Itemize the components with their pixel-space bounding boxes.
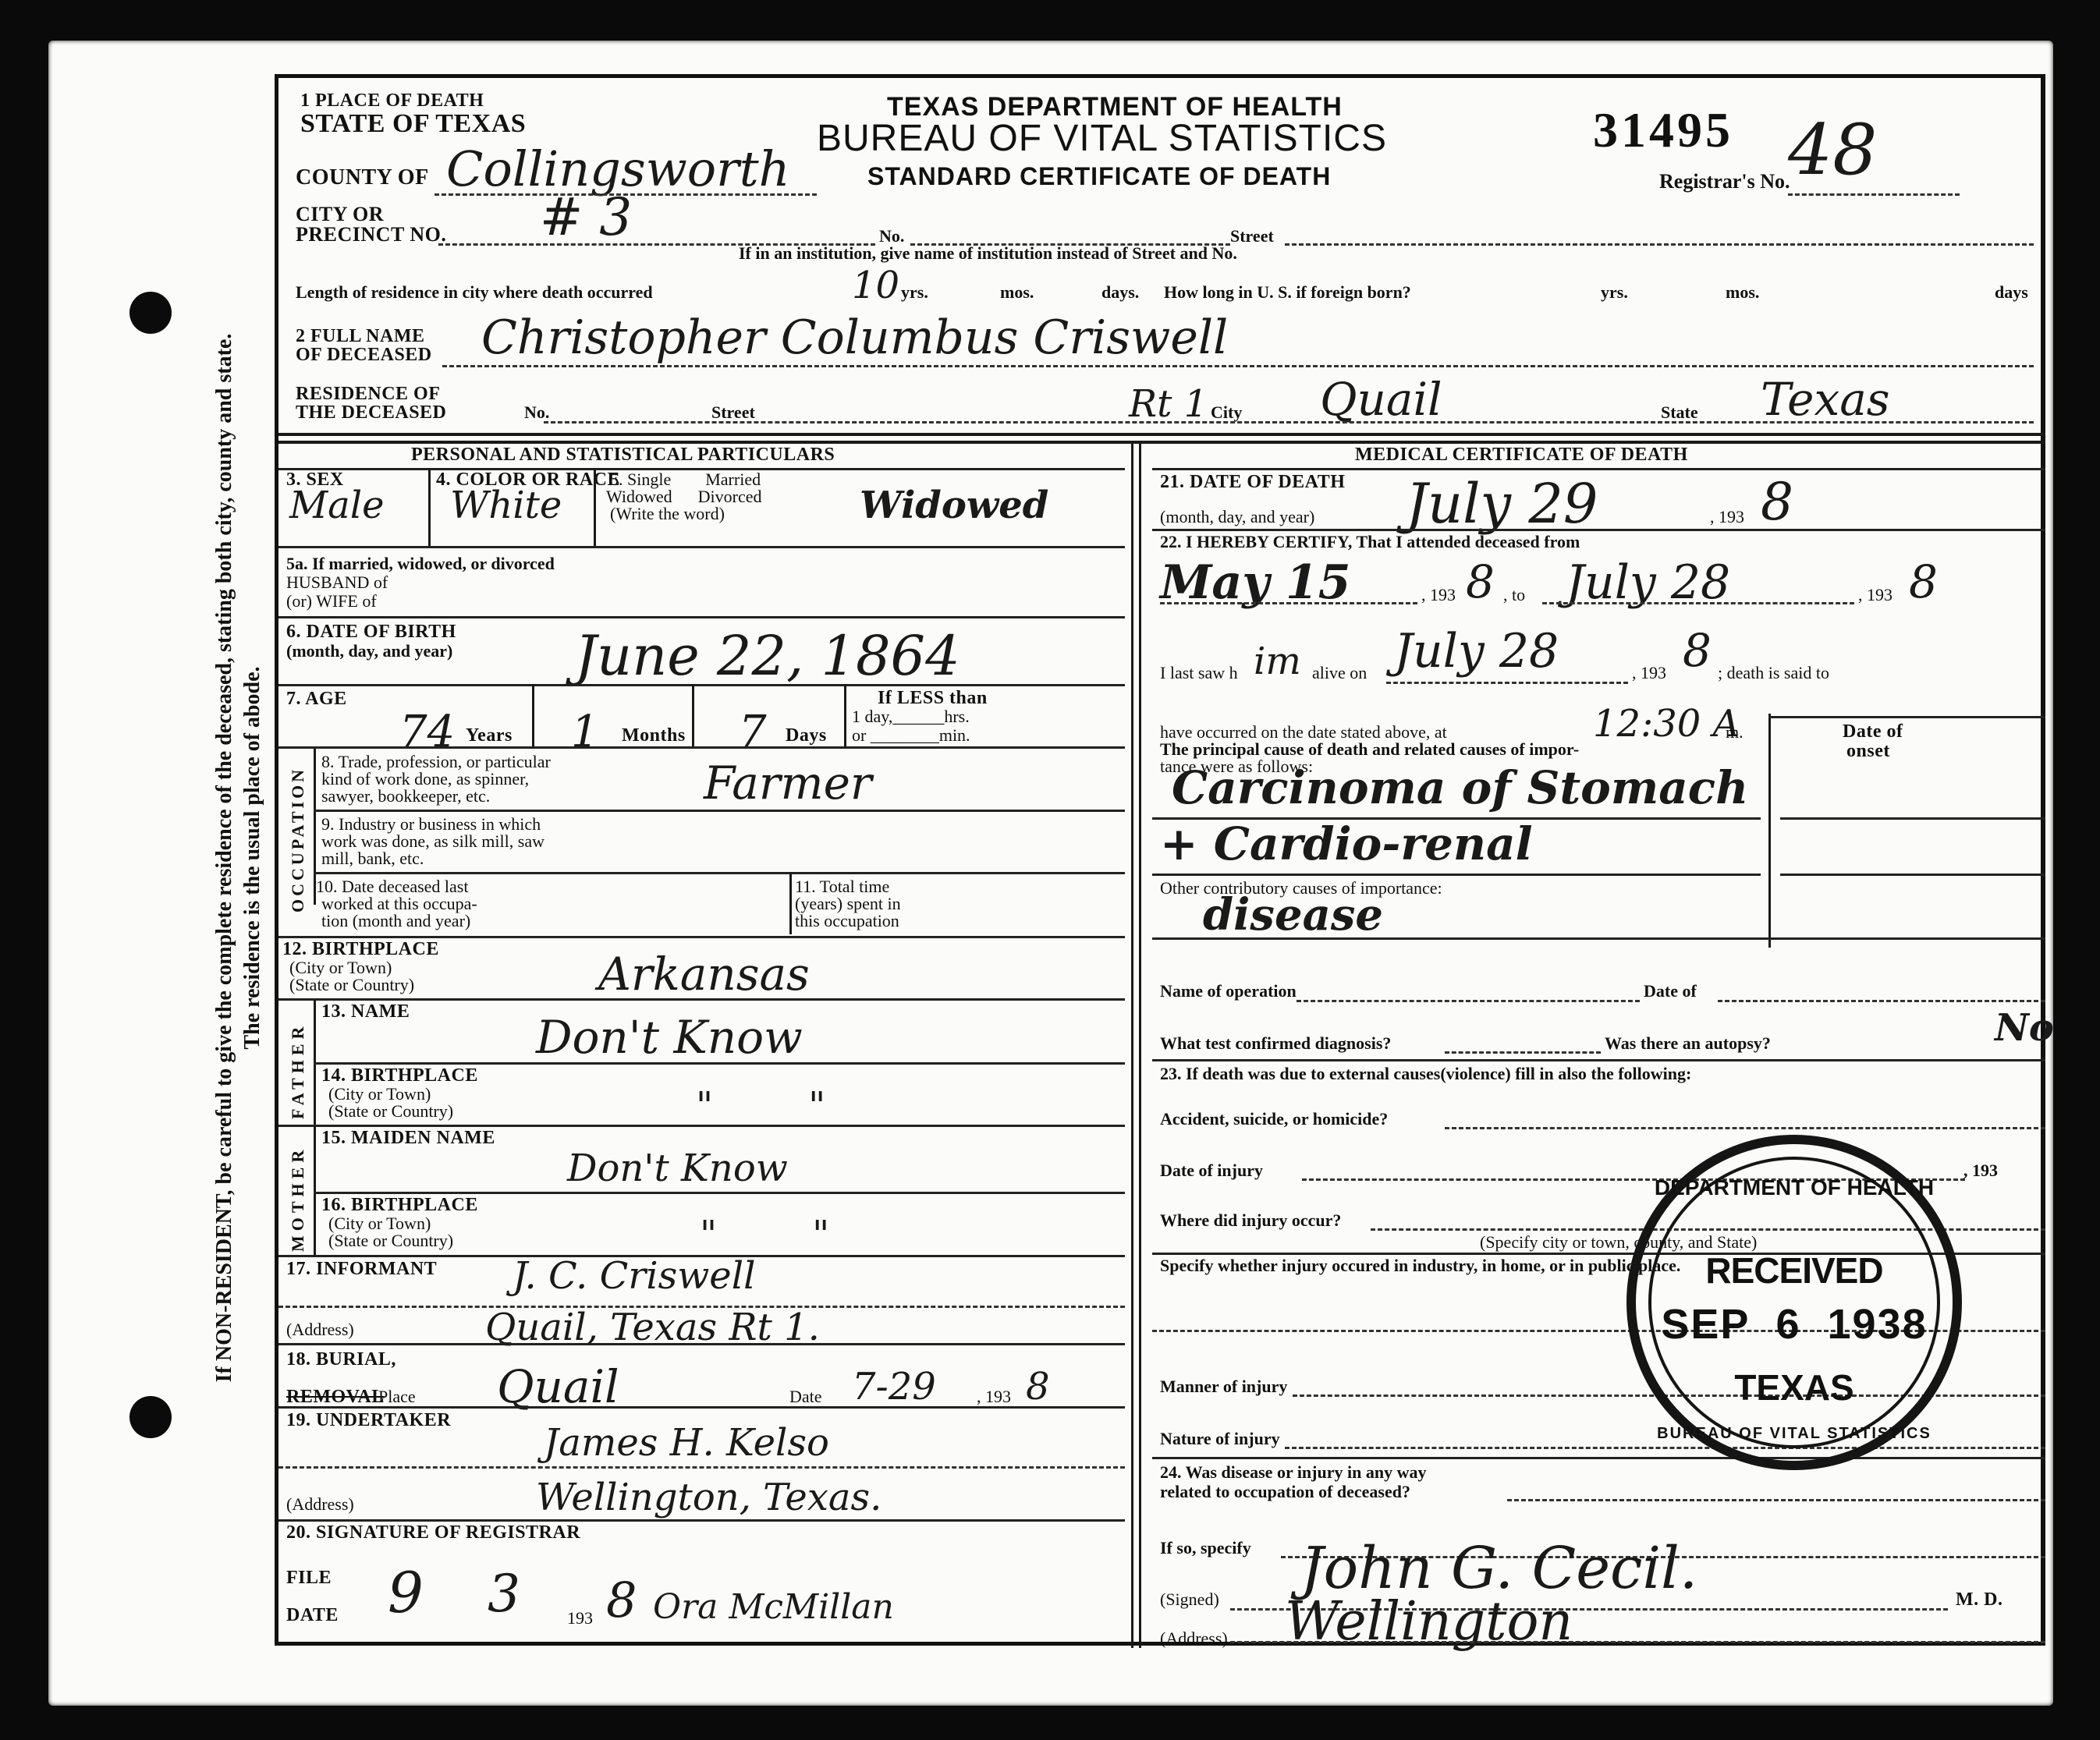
injury-date-label: Date of injury bbox=[1160, 1161, 1263, 1181]
residence-no-label: No. bbox=[524, 402, 549, 423]
full-name-line bbox=[442, 365, 2034, 367]
dod-year-value: 8 bbox=[1761, 472, 1793, 532]
operation-date-label: Date of bbox=[1644, 981, 1697, 1001]
precinct-value: # 3 bbox=[540, 187, 632, 247]
attended-from-year-value: 8 bbox=[1466, 555, 1495, 608]
row-line bbox=[278, 1406, 1125, 1409]
file-month-value: 9 bbox=[388, 1560, 424, 1625]
punch-hole-top bbox=[129, 292, 172, 334]
last-worked-label-3: tion (month and year) bbox=[321, 911, 470, 931]
stamp-received-text: RECEIVED bbox=[1636, 1249, 1953, 1292]
file-day-value: 3 bbox=[488, 1564, 520, 1624]
last-saw-pronoun: im bbox=[1254, 640, 1301, 683]
test-line bbox=[1445, 1051, 1601, 1054]
attended-to-year-prefix: , 193 bbox=[1858, 585, 1892, 605]
last-saw-label-1: I last saw h bbox=[1160, 663, 1238, 683]
dob-value: June 22, 1864 bbox=[575, 624, 960, 688]
operation-line bbox=[1297, 1000, 1640, 1002]
certify-label: 22. I HEREBY CERTIFY, That I attended de… bbox=[1160, 532, 1580, 552]
test-label: What test confirmed diagnosis? bbox=[1160, 1033, 1391, 1054]
nature-label: Nature of injury bbox=[1160, 1429, 1280, 1449]
file-date-label: DATE bbox=[286, 1605, 339, 1626]
burial-label: 18. BURIAL, bbox=[286, 1349, 396, 1370]
dod-label-2: (month, day, and year) bbox=[1160, 507, 1314, 527]
marital-label-3: (Write the word) bbox=[610, 504, 725, 524]
mother-side-label: MOTHER bbox=[288, 1146, 308, 1252]
column-divider-a bbox=[1131, 443, 1133, 1648]
autopsy-label: Was there an autopsy? bbox=[1605, 1033, 1771, 1054]
burial-year-value: 8 bbox=[1026, 1365, 1050, 1409]
occupation-side-label: OCCUPATION bbox=[288, 767, 308, 913]
time-suffix: m. bbox=[1726, 722, 1743, 742]
father-name-value: Don't Know bbox=[536, 1011, 803, 1064]
father-birthplace-label-1: 14. BIRTHPLACE bbox=[321, 1065, 478, 1086]
place-of-death-label: 1 PLACE OF DEATH bbox=[300, 90, 484, 112]
occupation-related-label-2: related to occupation of deceased? bbox=[1160, 1482, 1410, 1502]
age-months-label: Months bbox=[622, 725, 686, 746]
age-years-value: 74 bbox=[399, 707, 455, 757]
registrar-signature-label: 20. SIGNATURE OF REGISTRAR bbox=[286, 1522, 580, 1543]
row-line bbox=[1152, 1457, 2045, 1459]
full-name-value: Christopher Columbus Criswell bbox=[481, 310, 1228, 365]
residence-years-value: 10 bbox=[852, 264, 899, 307]
father-birthplace-label-3: (State or Country) bbox=[328, 1101, 453, 1122]
attended-from-year-prefix: , 193 bbox=[1421, 585, 1456, 605]
injury-where-label: Where did injury occur? bbox=[1160, 1210, 1341, 1231]
registrar-number-label: Registrar's No. bbox=[1659, 170, 1790, 193]
residence-state-value: Texas bbox=[1761, 373, 1890, 426]
row-line bbox=[1152, 1059, 2045, 1061]
nature-line bbox=[1285, 1447, 2045, 1449]
side-note-line-1: If NON-RESIDENT, be careful to give the … bbox=[211, 78, 239, 1638]
burial-place-value: Quail bbox=[497, 1360, 619, 1413]
row-line bbox=[1780, 874, 2045, 876]
last-saw-year-value: 8 bbox=[1683, 624, 1712, 677]
race-value: White bbox=[450, 484, 562, 527]
cause-2-value: + Cardio-renal bbox=[1160, 817, 1533, 870]
dod-year-prefix: , 193 bbox=[1710, 507, 1744, 527]
less-than-label-1: If LESS than bbox=[878, 688, 988, 709]
residence-label-1: RESIDENCE OF bbox=[296, 384, 440, 405]
other-cause-value: disease bbox=[1203, 889, 1383, 941]
cell-divider bbox=[789, 872, 792, 934]
city-precinct-label-2: PRECINCT NO. bbox=[296, 223, 446, 246]
burial-place-label: Place bbox=[378, 1387, 416, 1407]
punch-hole-bottom bbox=[129, 1396, 172, 1438]
mother-birthplace-label-3: (State or Country) bbox=[328, 1231, 453, 1251]
age-months-value: 1 bbox=[571, 707, 599, 757]
residence-yrs-label: yrs. bbox=[901, 282, 928, 303]
less-than-label-2: 1 day,______hrs. bbox=[852, 707, 970, 727]
dod-label-1: 21. DATE OF DEATH bbox=[1160, 472, 1345, 493]
section-divider-1 bbox=[278, 433, 2045, 436]
death-said-label: ; death is said to bbox=[1718, 663, 1829, 683]
manner-label: Manner of injury bbox=[1160, 1377, 1287, 1397]
age-days-value: 7 bbox=[739, 707, 767, 757]
row-line bbox=[314, 1192, 1125, 1194]
full-name-label-2: OF DECEASED bbox=[296, 345, 432, 366]
row-line bbox=[278, 1125, 1125, 1127]
last-saw-line bbox=[1386, 682, 1628, 684]
stamp-date: SEP 6 1938 bbox=[1636, 1300, 1953, 1348]
last-saw-year-prefix: , 193 bbox=[1632, 663, 1666, 683]
dod-value: July 29 bbox=[1406, 472, 1598, 536]
signed-label: (Signed) bbox=[1160, 1589, 1219, 1610]
foreign-days-label: days bbox=[1995, 282, 2028, 303]
residence-label-2: THE DECEASED bbox=[296, 402, 446, 423]
age-label: 7. AGE bbox=[286, 689, 347, 710]
burial-date-label: Date bbox=[789, 1387, 822, 1407]
to-label: , to bbox=[1503, 585, 1525, 605]
accident-label: Accident, suicide, or homicide? bbox=[1160, 1109, 1388, 1129]
cell-divider bbox=[532, 684, 534, 746]
non-resident-note: If NON-RESIDENT, be careful to give the … bbox=[211, 78, 267, 1638]
institution-note: If in an institution, give name of insti… bbox=[739, 243, 1237, 264]
total-time-label-3: this occupation bbox=[795, 911, 899, 931]
age-days-label: Days bbox=[786, 725, 827, 746]
cause-1-value: Carcinoma of Stomach bbox=[1172, 761, 1748, 814]
residence-street-value: Rt 1 bbox=[1129, 382, 1208, 426]
physician-address-line bbox=[1230, 1641, 2045, 1643]
row-line bbox=[278, 1519, 1125, 1522]
residence-days-label: days. bbox=[1101, 282, 1139, 303]
county-label: COUNTY OF bbox=[296, 165, 429, 190]
undertaker-line bbox=[278, 1466, 1125, 1469]
undertaker-address-label: (Address) bbox=[286, 1494, 354, 1515]
operation-date-line bbox=[1718, 1000, 2045, 1002]
row-line bbox=[314, 810, 1125, 812]
marital-value: Widowed bbox=[860, 484, 1048, 527]
row-line bbox=[314, 872, 1125, 874]
row-line bbox=[1780, 817, 2045, 820]
spouse-label-3: (or) WIFE of bbox=[286, 591, 377, 611]
row-line bbox=[1152, 937, 2045, 940]
form-title: STANDARD CERTIFICATE OF DEATH bbox=[867, 162, 1331, 191]
if-so-label: If so, specify bbox=[1160, 1538, 1251, 1558]
file-year-value: 8 bbox=[606, 1572, 637, 1628]
time-value: 12:30 A bbox=[1593, 702, 1740, 746]
row-line bbox=[278, 746, 1125, 749]
spouse-label-1: 5a. If married, widowed, or divorced bbox=[286, 554, 555, 574]
father-name-label: 13. NAME bbox=[321, 1001, 410, 1022]
trade-label-3: sawyer, bookkeeper, etc. bbox=[321, 786, 490, 806]
residence-mos-label: mos. bbox=[1000, 282, 1034, 303]
autopsy-value: No bbox=[1995, 1006, 2054, 1050]
registrar-number-value: 48 bbox=[1788, 109, 1878, 191]
father-birthplace-value: " " bbox=[696, 1084, 825, 1128]
cell-divider bbox=[428, 468, 431, 546]
residence-line bbox=[544, 421, 2034, 423]
onset-column-divider bbox=[1768, 714, 1771, 948]
physician-address-value: Wellington bbox=[1285, 1591, 1573, 1653]
undertaker-value: James H. Kelso bbox=[544, 1421, 829, 1465]
burial-year-prefix: , 193 bbox=[977, 1387, 1011, 1407]
cell-divider bbox=[844, 684, 846, 746]
mother-birthplace-label-1: 16. BIRTHPLACE bbox=[321, 1195, 478, 1216]
row-line bbox=[278, 684, 1125, 686]
cell-divider bbox=[692, 684, 694, 746]
row-line bbox=[314, 1062, 1125, 1065]
file-year-prefix: 193 bbox=[567, 1608, 593, 1628]
mother-birthplace-value: " " bbox=[700, 1213, 829, 1256]
undertaker-label: 19. UNDERTAKER bbox=[286, 1410, 451, 1431]
certificate-number: 31495 bbox=[1593, 101, 1733, 159]
onset-label-1: Date of bbox=[1843, 721, 1903, 742]
father-side-label: FATHER bbox=[288, 1022, 308, 1119]
personal-section-title: PERSONAL AND STATISTICAL PARTICULARS bbox=[411, 445, 835, 466]
last-saw-value: July 28 bbox=[1394, 624, 1559, 679]
cell-divider bbox=[314, 1126, 316, 1255]
file-label: FILE bbox=[286, 1568, 332, 1589]
residence-street-label: Street bbox=[711, 402, 755, 423]
row-line bbox=[1152, 468, 2045, 470]
residence-city-label: City bbox=[1211, 402, 1242, 423]
dob-label-2: (month, day, and year) bbox=[286, 641, 452, 661]
stamp-state-text: TEXAS bbox=[1636, 1366, 1953, 1409]
row-line bbox=[278, 936, 1125, 938]
residence-city-value: Quail bbox=[1320, 373, 1442, 426]
undertaker-address-value: Wellington, Texas. bbox=[536, 1476, 882, 1519]
registrar-signature-value: Ora McMillan bbox=[653, 1587, 894, 1627]
medical-section-title: MEDICAL CERTIFICATE OF DEATH bbox=[1355, 445, 1688, 466]
street-line bbox=[1285, 243, 2034, 246]
last-saw-label-2: alive on bbox=[1312, 663, 1367, 683]
physician-address-label: (Address) bbox=[1160, 1628, 1228, 1649]
injury-year-prefix: , 193 bbox=[1963, 1161, 1998, 1181]
column-divider-b bbox=[1139, 443, 1141, 1648]
birthplace-label-1: 12. BIRTHPLACE bbox=[282, 939, 439, 960]
foreign-yrs-label: yrs. bbox=[1601, 282, 1628, 303]
foreign-mos-label: mos. bbox=[1726, 282, 1759, 303]
bureau-title: BUREAU OF VITAL STATISTICS bbox=[817, 117, 1387, 160]
operation-label: Name of operation bbox=[1160, 981, 1297, 1001]
birthplace-value: Arkansas bbox=[598, 948, 810, 1001]
less-than-label-3: or ________min. bbox=[852, 725, 970, 746]
stamp-department-text: DEPARTMENT OF HEALTH bbox=[1636, 1175, 1953, 1200]
burial-date-value: 7-29 bbox=[852, 1365, 936, 1409]
row-line bbox=[278, 546, 1125, 548]
attended-to-line bbox=[1542, 602, 1854, 604]
informant-address-label: (Address) bbox=[286, 1320, 354, 1340]
row-line bbox=[1768, 716, 2045, 718]
residence-state-label: State bbox=[1661, 402, 1698, 423]
residence-length-label: Length of residence in city where death … bbox=[296, 282, 653, 303]
foreign-born-label: How long in U. S. if foreign born? bbox=[1164, 282, 1411, 303]
dob-label-1: 6. DATE OF BIRTH bbox=[286, 622, 456, 643]
attended-from-line bbox=[1160, 602, 1417, 604]
row-line bbox=[278, 1343, 1125, 1345]
removal-label: REMOVAL bbox=[286, 1387, 385, 1408]
side-note-line-2: The residence is the usual place of abod… bbox=[239, 78, 267, 1638]
full-name-label-1: 2 FULL NAME bbox=[296, 326, 425, 347]
informant-label: 17. INFORMANT bbox=[286, 1259, 437, 1280]
injury-place-label: Specify whether injury occured in indust… bbox=[1160, 1256, 1680, 1276]
occupation-related-line bbox=[1507, 1499, 2045, 1501]
stamp-bureau-text: BUREAU OF VITAL STATISTICS bbox=[1636, 1425, 1953, 1443]
external-causes-label: 23. If death was due to external causes(… bbox=[1160, 1064, 1691, 1084]
occupation-related-label-1: 24. Was disease or injury in any way bbox=[1160, 1462, 1426, 1483]
sex-value: Male bbox=[289, 484, 385, 527]
section-divider-2 bbox=[278, 441, 2045, 444]
mother-name-label: 15. MAIDEN NAME bbox=[321, 1128, 495, 1149]
age-years-label: Years bbox=[466, 725, 513, 746]
mother-name-value: Don't Know bbox=[567, 1146, 788, 1190]
registrar-number-line bbox=[1788, 193, 1960, 196]
attended-to-year-value: 8 bbox=[1909, 555, 1938, 608]
md-label: M. D. bbox=[1956, 1589, 2002, 1611]
birthplace-label-3: (State or Country) bbox=[289, 975, 414, 995]
row-line bbox=[278, 616, 1125, 618]
row-line bbox=[1152, 874, 1761, 876]
informant-value: J. C. Criswell bbox=[513, 1254, 755, 1298]
accident-line bbox=[1445, 1127, 2045, 1129]
row-line bbox=[1152, 529, 2045, 531]
received-stamp: DEPARTMENT OF HEALTH RECEIVED SEP 6 1938… bbox=[1626, 1135, 1962, 1470]
onset-label-2: onset bbox=[1846, 741, 1890, 762]
row-line bbox=[278, 998, 1125, 1001]
cell-divider bbox=[594, 468, 596, 546]
industry-label-3: mill, bank, etc. bbox=[321, 849, 424, 869]
spouse-label-2: HUSBAND of bbox=[286, 572, 388, 593]
trade-value: Farmer bbox=[704, 757, 872, 810]
state-label: STATE OF TEXAS bbox=[300, 109, 526, 139]
